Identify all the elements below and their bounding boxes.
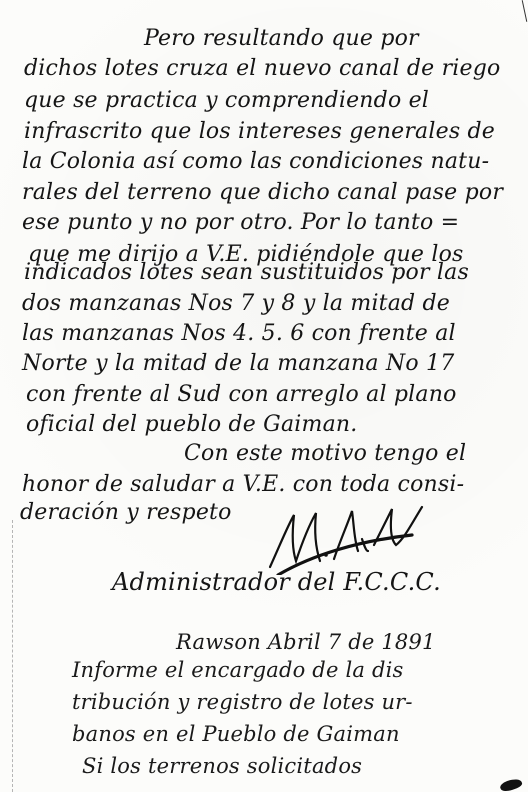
letter-line-11: las manzanas Nos 4. 5. 6 con frente al [22,323,456,345]
signature-title: Administrador del F.C.C.C. [112,570,441,594]
annotation-date-line: Rawson Abril 7 de 1891 [176,632,436,653]
letter-line-4: infrascrito que los intereses generales … [24,121,495,143]
annotation-line-1: Informe el encargado de la dis [72,660,404,681]
ink-mark [499,777,523,792]
letter-line-17: deración y respeto [20,502,232,524]
annotation-line-2: tribución y registro de lotes ur- [72,692,413,713]
letter-line-10: dos manzanas Nos 7 y 8 y la mitad de [22,293,450,315]
letter-line-3: que se practica y comprendiendo el [24,90,429,112]
document-page: Pero resultando que por dichos lotes cru… [0,0,528,792]
letter-line-6: rales del terreno que dicho canal pase p… [22,182,503,204]
letter-line-13: con frente al Sud con arreglo al plano [26,384,457,406]
letter-line-12: Norte y la mitad de la manzana No 17 [22,353,454,375]
corner-mark [522,0,528,22]
letter-line-9: indicados lotes sean sustituidos por las [24,262,469,284]
margin-fold-line [12,520,14,792]
letter-line-14: oficial del pueblo de Gaiman. [26,414,357,436]
letter-line-16: honor de saludar a V.E. con toda consi- [22,474,464,496]
annotation-line-3: banos en el Pueblo de Gaiman [72,724,400,745]
letter-line-15: Con este motivo tengo el [184,443,466,465]
letter-line-1: Pero resultando que por [144,28,419,50]
annotation-line-4: Si los terrenos solicitados [82,756,362,777]
letter-line-7: ese punto y no por otro. Por lo tanto = [22,212,459,234]
letter-line-2: dichos lotes cruza el nuevo canal de rie… [24,58,501,80]
letter-line-5: la Colonia así como las condiciones natu… [22,151,489,173]
signature-scrawl [262,505,432,575]
